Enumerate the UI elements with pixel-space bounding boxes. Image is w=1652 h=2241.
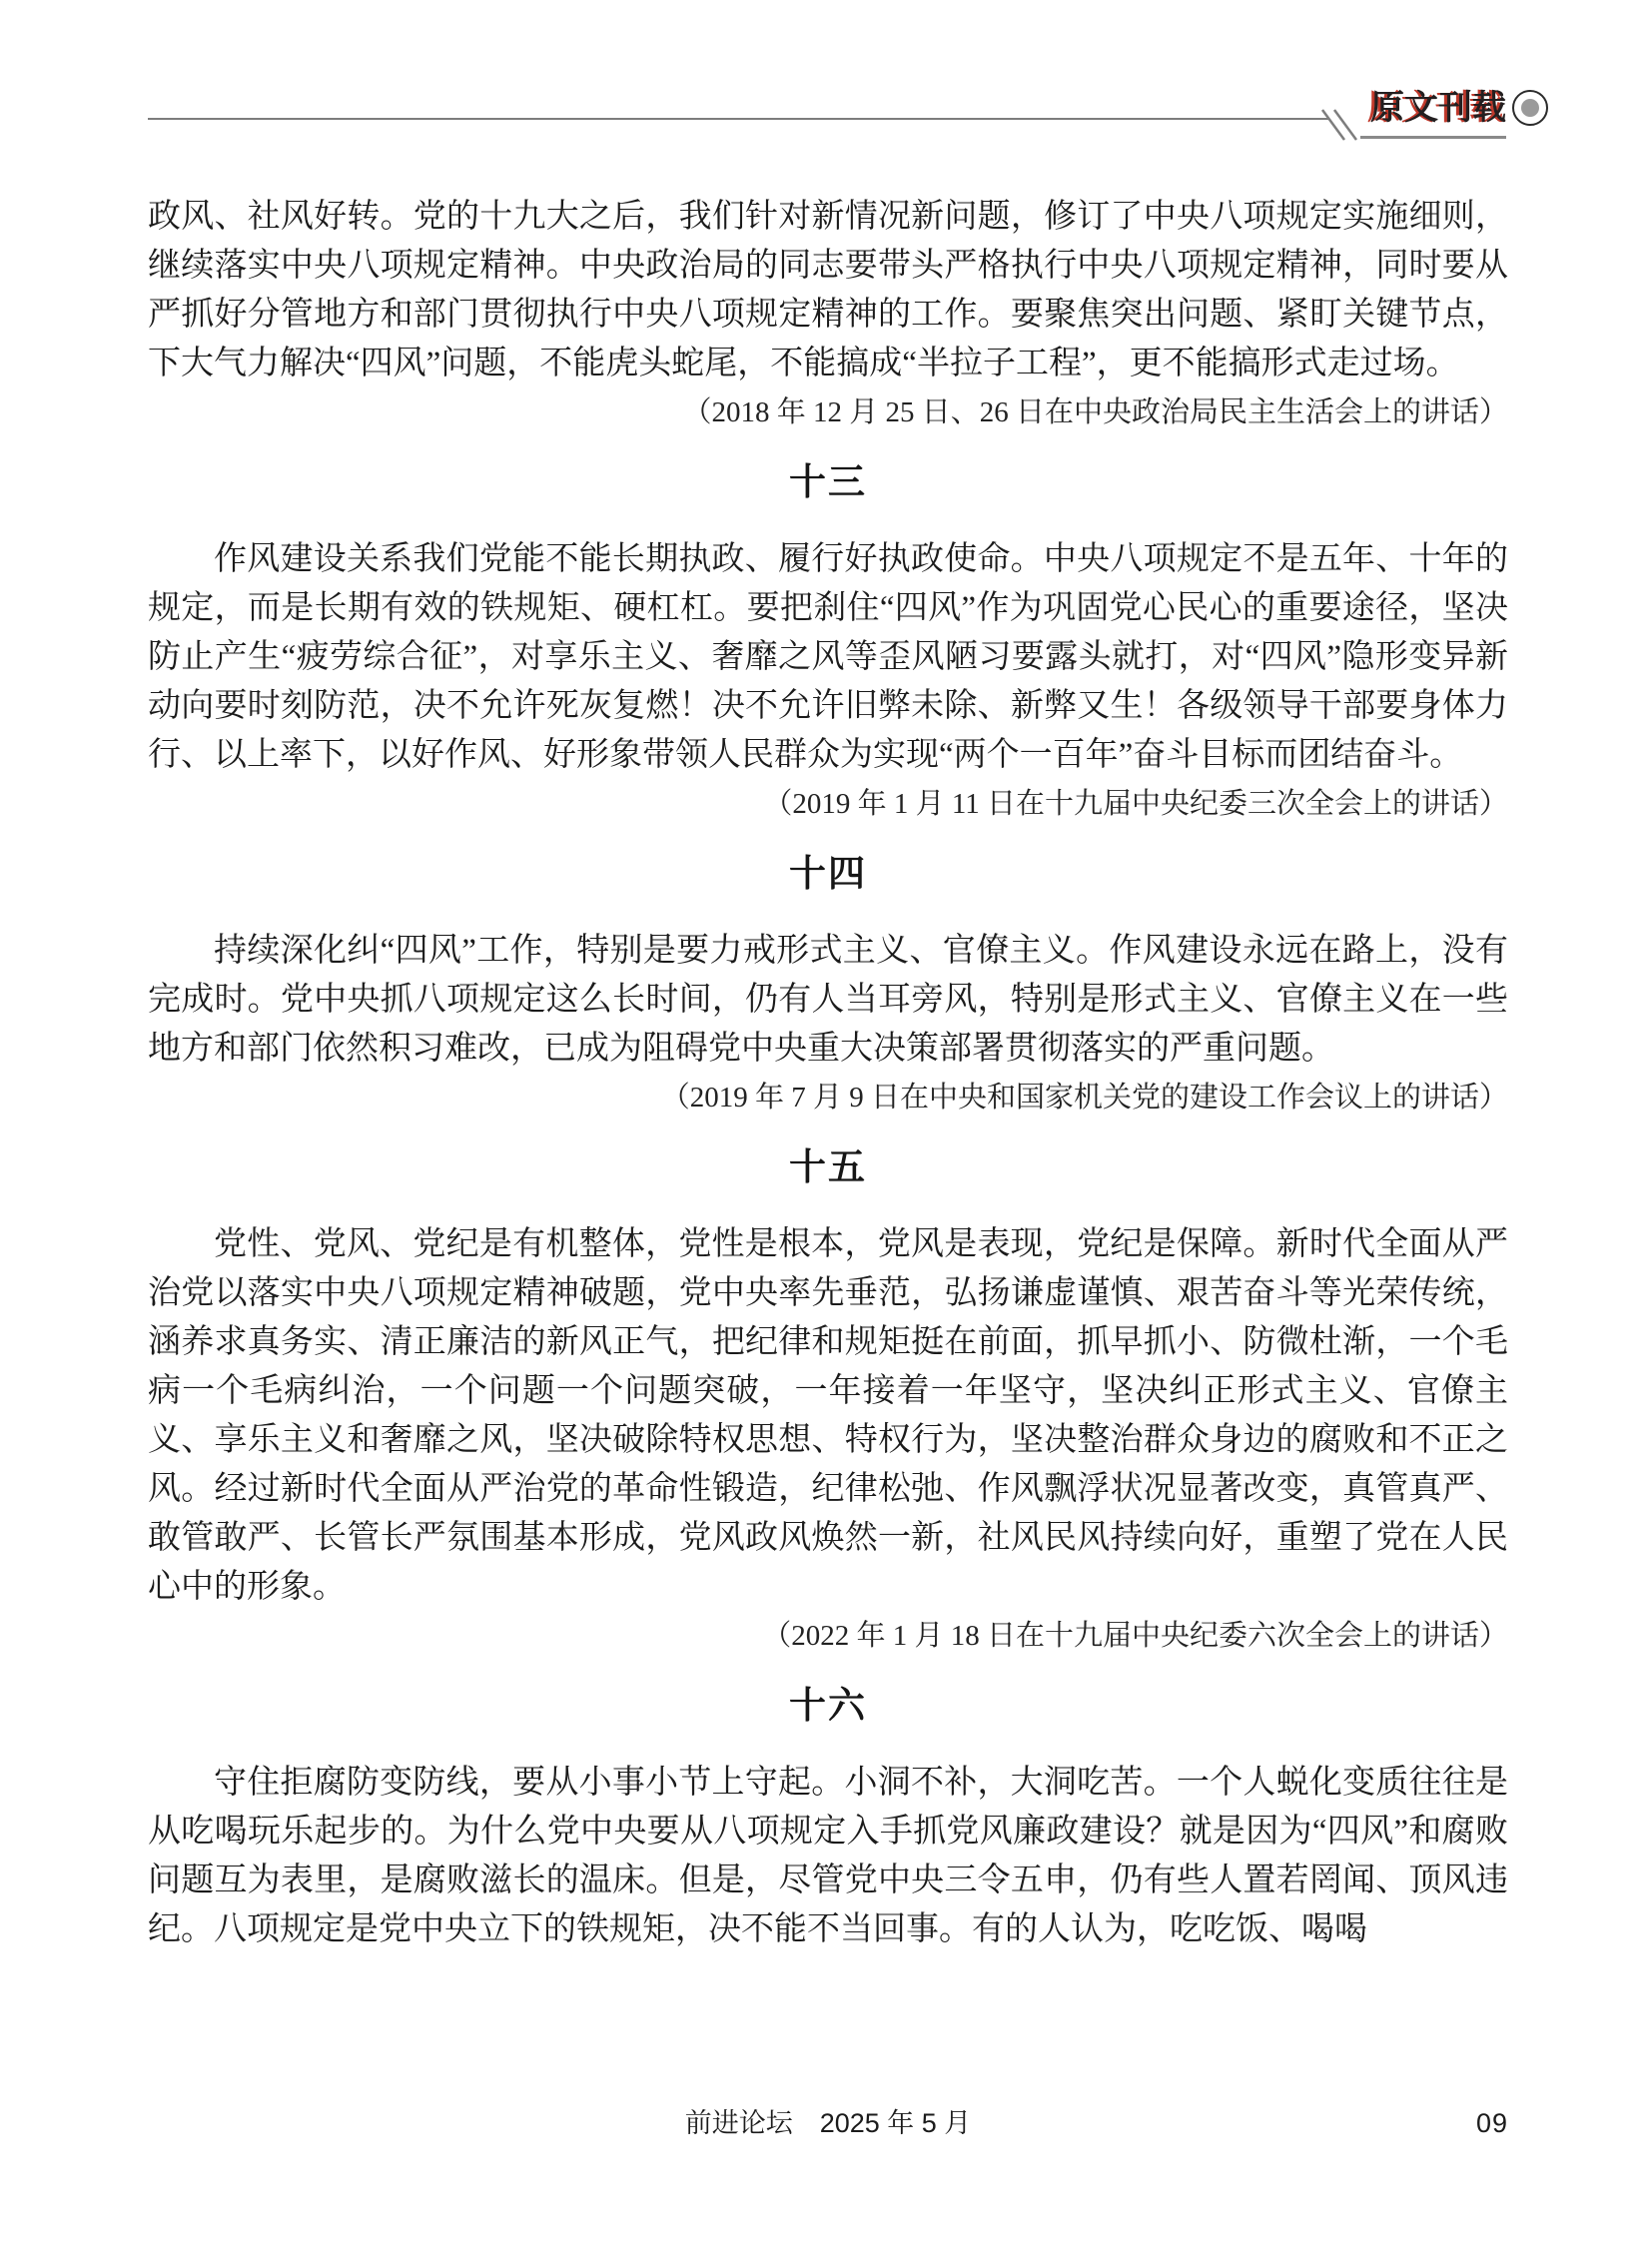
- section-attribution-14: （2019 年 7 月 9 日在中央和国家机关党的建设工作会议上的讲话）: [148, 1074, 1508, 1122]
- section-paragraph-13: 作风建设关系我们党能不能长期执政、履行好执政使命。中央八项规定不是五年、十年的规…: [148, 535, 1508, 780]
- journal-issue-line: 前进论坛 2025 年 5 月: [148, 2103, 1508, 2143]
- intro-paragraph: 政风、社风好转。党的十九大之后，我们针对新情况新问题，修订了中央八项规定实施细则…: [148, 193, 1508, 388]
- bullseye-icon: [1512, 90, 1548, 126]
- section-heading-16: 十六: [148, 1681, 1508, 1731]
- section-paragraph-16: 守住拒腐防变防线，要从小事小节上守起。小洞不补，大洞吃苦。一个人蜕化变质往往是从…: [148, 1759, 1508, 1954]
- section-paragraph-14: 持续深化纠“四风”工作，特别是要力戒形式主义、官僚主义。作风建设永远在路上，没有…: [148, 927, 1508, 1074]
- section-heading-14: 十四: [148, 849, 1508, 899]
- header-rule-right: [1360, 136, 1506, 139]
- header-rule-break-icon: [1318, 108, 1366, 142]
- page-number: 09: [1476, 2103, 1508, 2143]
- section-heading-13: 十三: [148, 457, 1508, 507]
- page-footer: 前进论坛 2025 年 5 月 09: [148, 2103, 1508, 2153]
- section-attribution-15: （2022 年 1 月 18 日在十九届中央纪委六次全会上的讲话）: [148, 1612, 1508, 1661]
- section-paragraph-15: 党性、党风、党纪是有机整体，党性是根本，党风是表现，党纪是保障。新时代全面从严治…: [148, 1220, 1508, 1612]
- page-section-title: 原文刊载: [1370, 86, 1510, 130]
- section-attribution-13: （2019 年 1 月 11 日在十九届中央纪委三次全会上的讲话）: [148, 780, 1508, 829]
- section-heading-15: 十五: [148, 1142, 1508, 1192]
- magazine-page: 原文刊载 政风、社风好转。党的十九大之后，我们针对新情况新问题，修订了中央八项规…: [0, 0, 1652, 2241]
- article-body: 政风、社风好转。党的十九大之后，我们针对新情况新问题，修订了中央八项规定实施细则…: [148, 193, 1508, 1954]
- header-rule-left: [148, 118, 1328, 120]
- bullseye-dot: [1521, 99, 1539, 117]
- intro-attribution: （2018 年 12 月 25 日、26 日在中央政治局民主生活会上的讲话）: [148, 388, 1508, 437]
